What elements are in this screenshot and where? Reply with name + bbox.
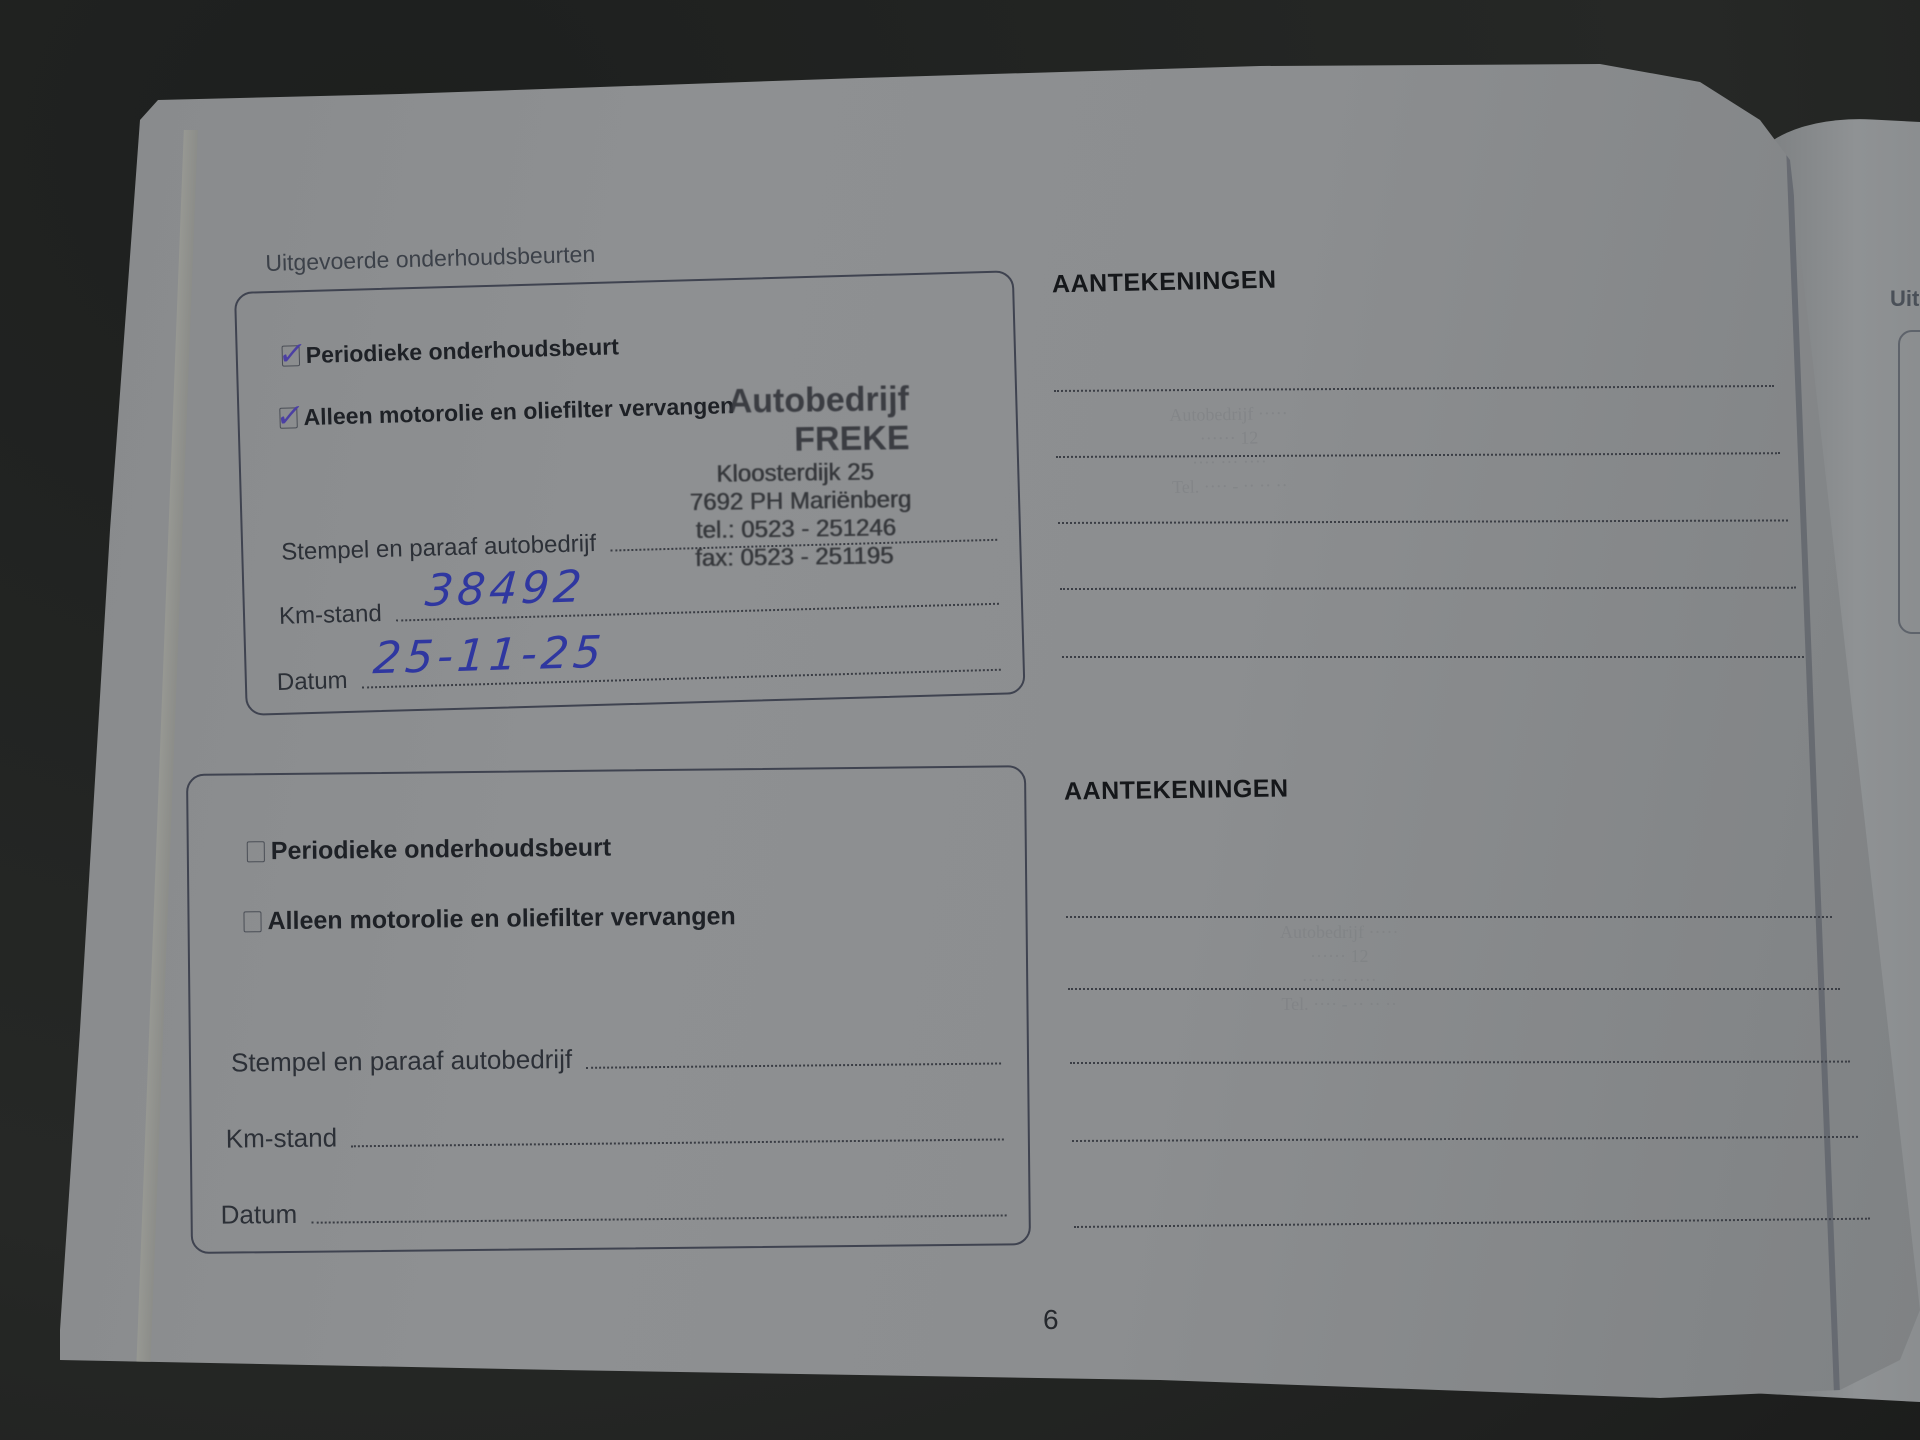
- notes-title-1: AANTEKENINGEN: [1052, 266, 1277, 300]
- section-title: Uitgevoerde onderhoudsbeurten: [265, 241, 596, 277]
- notes-line[interactable]: [1074, 1218, 1870, 1228]
- notes-line[interactable]: [1072, 1136, 1858, 1142]
- dotted-line: [311, 1214, 1006, 1223]
- notes-line[interactable]: [1068, 988, 1840, 990]
- show-through-stamp-2: Autobedrijf ··········· 12···· ··· ····T…: [1280, 920, 1398, 1016]
- stamp-signature-field[interactable]: Stempel en paraaf autobedrijf: [231, 1039, 1001, 1078]
- checkbox-oil-filter-change[interactable]: ✓: [279, 407, 298, 428]
- dotted-line: 25-11-25: [362, 669, 1001, 689]
- notes-line[interactable]: [1070, 1061, 1850, 1064]
- page-content: Autobedrijf ··········· 12···· ··· ····T…: [0, 0, 1920, 1440]
- field-label: Datum: [220, 1199, 297, 1231]
- mileage-field[interactable]: Km-stand: [226, 1115, 1004, 1154]
- option-oil-filter-change[interactable]: Alleen motorolie en oliefilter vervangen: [243, 902, 735, 936]
- checkbox-oil-filter-change[interactable]: [243, 911, 261, 932]
- date-value: 25-11-25: [371, 627, 607, 685]
- field-label: Datum: [277, 667, 348, 697]
- stamp-company: Autobedrijf FREKE: [609, 380, 940, 463]
- dotted-line: [351, 1138, 1004, 1147]
- option-periodic-service[interactable]: ✓ Periodieke onderhoudsbeurt: [281, 333, 619, 369]
- option-periodic-service[interactable]: Periodieke onderhoudsbeurt: [247, 834, 612, 867]
- dealer-stamp: Autobedrijf FREKE Kloosterdijk 25 7692 P…: [609, 380, 942, 575]
- notes-line[interactable]: [1066, 916, 1832, 918]
- date-field[interactable]: Datum 25-11-25: [277, 649, 1001, 697]
- dotted-line: 38492: [396, 603, 999, 622]
- field-label: Stempel en paraaf autobedrijf: [231, 1044, 572, 1079]
- service-entry-card-2: Periodieke onderhoudsbeurt Alleen motoro…: [186, 765, 1031, 1254]
- notes-line[interactable]: [1062, 656, 1804, 658]
- stamp-fax: fax: 0523 - 251195: [611, 542, 941, 575]
- mileage-value: 38492: [423, 561, 587, 617]
- field-label: Stempel en paraaf autobedrijf: [281, 530, 597, 567]
- field-label: Km-stand: [279, 600, 382, 631]
- option-label: Periodieke onderhoudsbeurt: [305, 333, 619, 369]
- handwritten-checkmark-icon: ✓: [274, 396, 306, 435]
- mileage-field[interactable]: Km-stand 38492: [279, 583, 1000, 631]
- notes-line[interactable]: [1060, 587, 1796, 590]
- notes-line[interactable]: [1056, 452, 1780, 458]
- checkbox-periodic-service[interactable]: [247, 841, 265, 862]
- date-field[interactable]: Datum: [220, 1191, 1006, 1230]
- notes-title-2: AANTEKENINGEN: [1064, 774, 1289, 806]
- option-label: Alleen motorolie en oliefilter vervangen: [267, 902, 735, 936]
- dotted-line: [586, 1062, 1001, 1068]
- checkbox-periodic-service[interactable]: ✓: [282, 345, 301, 366]
- page-number: 6: [1043, 1304, 1059, 1336]
- handwritten-checkmark-icon: ✓: [276, 334, 308, 373]
- show-through-stamp: Autobedrijf ··········· 12···· ··· ····T…: [1169, 401, 1289, 499]
- option-label: Periodieke onderhoudsbeurt: [271, 834, 612, 867]
- field-label: Km-stand: [226, 1122, 338, 1154]
- notes-line[interactable]: [1054, 385, 1774, 392]
- notes-line[interactable]: [1058, 519, 1788, 524]
